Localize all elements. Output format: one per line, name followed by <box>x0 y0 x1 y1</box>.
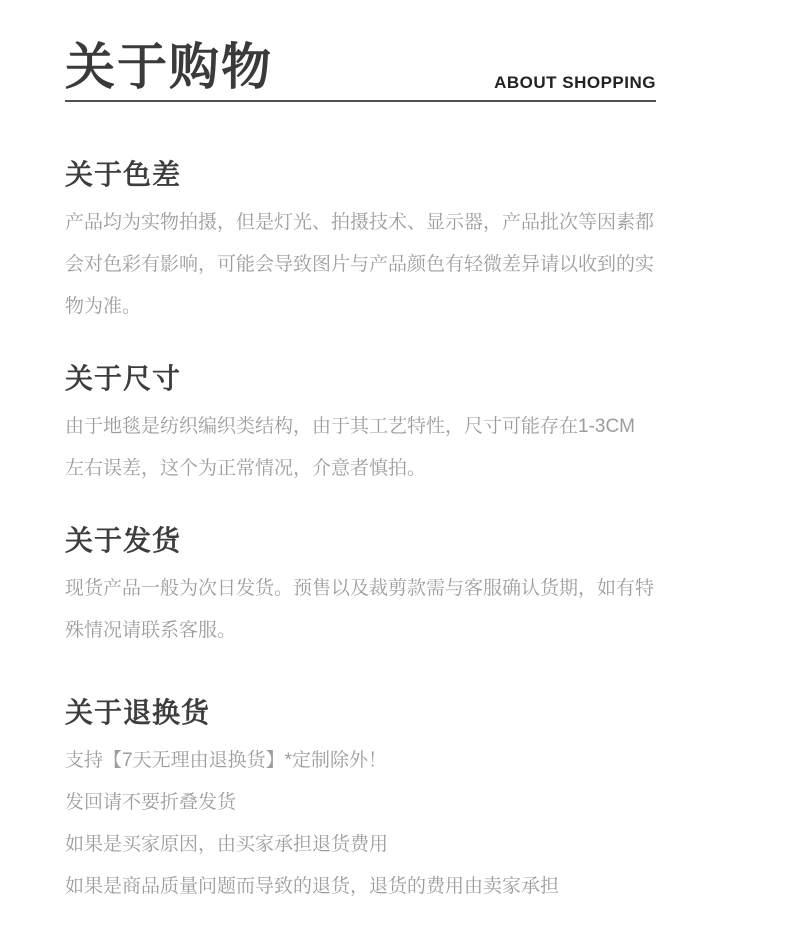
section-text-line: 现货产品一般为次日发货。预售以及裁剪款需与客服确认货期，如有特 <box>65 568 656 610</box>
section-text-line: 支持【7天无理由退换货】*定制除外！ <box>65 740 656 782</box>
section-returns: 关于退换货 支持【7天无理由退换货】*定制除外！ 发回请不要折叠发货 如果是买家… <box>65 696 656 908</box>
section-text-line: 殊情况请联系客服。 <box>65 610 656 652</box>
section-shipping: 关于发货 现货产品一般为次日发货。预售以及裁剪款需与客服确认货期，如有特 殊情况… <box>65 524 656 652</box>
section-text-line: 由于地毯是纺织编织类结构，由于其工艺特性，尺寸可能存在1-3CM <box>65 406 656 448</box>
header-row: 关于购物 ABOUT SHOPPING <box>65 40 656 94</box>
section-text-line: 产品均为实物拍摄，但是灯光、拍摄技术、显示器，产品批次等因素都 <box>65 202 656 244</box>
section-heading-shipping: 关于发货 <box>65 524 656 558</box>
about-shopping-panel: 关于购物 ABOUT SHOPPING 关于色差 产品均为实物拍摄，但是灯光、拍… <box>0 0 790 945</box>
section-heading-returns: 关于退换货 <box>65 696 656 730</box>
section-heading-color-difference: 关于色差 <box>65 158 656 192</box>
section-color-difference: 关于色差 产品均为实物拍摄，但是灯光、拍摄技术、显示器，产品批次等因素都 会对色… <box>65 158 656 328</box>
page-header: 关于购物 ABOUT SHOPPING <box>65 40 656 102</box>
header-divider <box>65 100 656 102</box>
section-text-line: 左右误差，这个为正常情况，介意者慎拍。 <box>65 448 656 490</box>
section-heading-size: 关于尺寸 <box>65 362 656 396</box>
page-subtitle: ABOUT SHOPPING <box>494 73 656 93</box>
section-text-line: 发回请不要折叠发货 <box>65 782 656 824</box>
section-text-line: 物为准。 <box>65 286 656 328</box>
section-text-line: 如果是商品质量问题而导致的退货，退货的费用由卖家承担 <box>65 866 656 908</box>
section-text-line: 如果是买家原因，由买家承担退货费用 <box>65 824 656 866</box>
section-size: 关于尺寸 由于地毯是纺织编织类结构，由于其工艺特性，尺寸可能存在1-3CM 左右… <box>65 362 656 490</box>
page-title: 关于购物 <box>65 40 273 94</box>
section-text-line: 会对色彩有影响，可能会导致图片与产品颜色有轻微差异请以收到的实 <box>65 244 656 286</box>
